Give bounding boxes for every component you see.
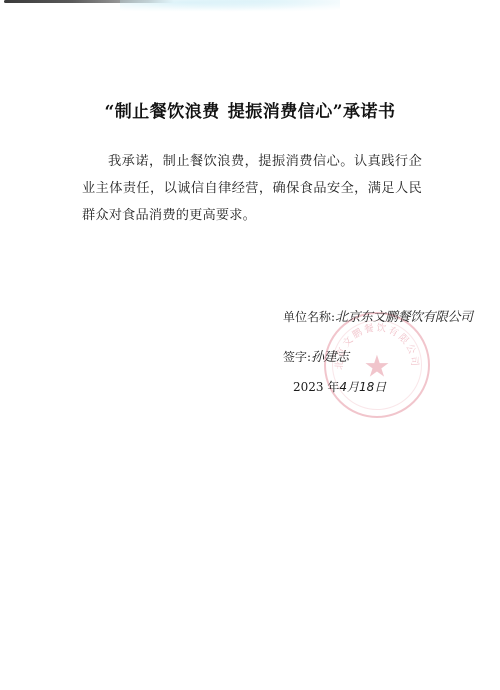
unit-name-value: 北京东文鹏餐饮有限公司 [335, 310, 473, 325]
document-title: “制止餐饮浪费提振消费信心”承诺书 [0, 97, 500, 122]
unit-name-row: 单位名称:北京东文鹏餐饮有限公司 [283, 306, 473, 325]
title-part-2: 提振消费信心”承诺书 [228, 102, 396, 122]
seal-text-ring: 北京文鹏餐饮有限公司 [326, 314, 428, 416]
signature-label: 签字: [283, 350, 311, 364]
signature-row: 签字:孙建志 [283, 346, 349, 365]
date-row: 2023 年4月18日 [293, 378, 386, 395]
seal-inner-ring [332, 320, 422, 410]
title-part-1: “制止餐饮浪费 [104, 102, 219, 122]
date-handwritten: 4月18日 [339, 380, 386, 394]
signature-value: 孙建志 [311, 350, 349, 365]
unit-name-label: 单位名称: [283, 310, 335, 324]
scan-tint-artifact [120, 0, 340, 12]
commitment-body: 我承诺，制止餐饮浪费，提振消费信心。认真践行企业主体责任，以诚信自律经营，确保食… [82, 148, 422, 229]
company-seal: 北京文鹏餐饮有限公司 ★ [324, 312, 430, 418]
date-year: 2023 年 [293, 380, 339, 394]
seal-text-svg: 北京文鹏餐饮有限公司 [326, 314, 428, 416]
